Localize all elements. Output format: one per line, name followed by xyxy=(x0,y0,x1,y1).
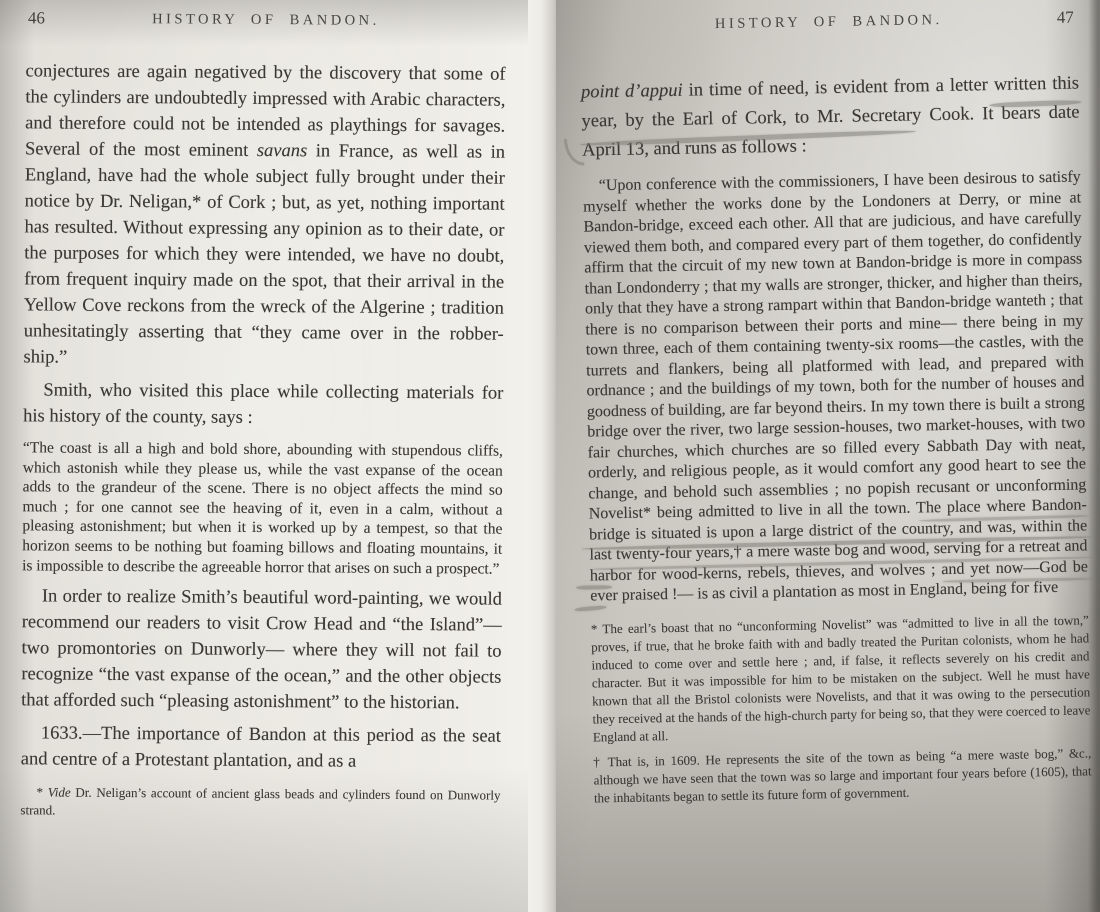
footnote-text: * Vide Dr. Neligan’s account of ancient … xyxy=(20,783,500,822)
italic-word: savans xyxy=(257,141,308,161)
paragraph: Smith, who visited this place while coll… xyxy=(23,377,503,432)
running-head-right: HISTORY OF BANDON. xyxy=(580,9,1078,35)
footnote-marker: * xyxy=(36,785,47,800)
footnote-dagger: † That is, in 1609. He represents the si… xyxy=(593,744,1092,807)
right-footnotes: * The earl’s boast that no “unconforming… xyxy=(591,611,1092,807)
left-header-row: 46 HISTORY OF BANDON. xyxy=(26,10,506,47)
left-page-content: 46 HISTORY OF BANDON. conjectures are ag… xyxy=(20,10,506,822)
blockquote-letter: “Upon conference with the commissioners,… xyxy=(583,167,1089,607)
blockquote-smith: “The coast is all a high and bold shore,… xyxy=(22,438,503,579)
left-page: 46 HISTORY OF BANDON. conjectures are ag… xyxy=(0,0,530,912)
left-body-text: conjectures are again negatived by the d… xyxy=(20,58,505,822)
paragraph-text: in France, as well as in England, have h… xyxy=(24,141,506,367)
page-edge-shadow xyxy=(1088,0,1100,912)
running-head-left: HISTORY OF BANDON. xyxy=(26,10,506,30)
paragraph-intro: point d’appui in time of need, is eviden… xyxy=(581,69,1081,165)
italic-word: Vide xyxy=(48,785,71,800)
book-spread: 46 HISTORY OF BANDON. conjectures are ag… xyxy=(0,0,1100,912)
footnote-left: * Vide Dr. Neligan’s account of ancient … xyxy=(20,783,500,822)
paragraph: 1633.—The importance of Bandon at this p… xyxy=(21,720,501,775)
paragraph: In order to realize Smith’s beautiful wo… xyxy=(21,583,502,716)
right-header-row: HISTORY OF BANDON. 47 xyxy=(580,9,1079,52)
page-number-right: 47 xyxy=(1057,8,1074,28)
right-page-content: HISTORY OF BANDON. 47 point d’appui in t… xyxy=(580,9,1092,806)
right-page: HISTORY OF BANDON. 47 point d’appui in t… xyxy=(556,0,1100,912)
footnote-text-rest: Dr. Neligan’s account of ancient glass b… xyxy=(20,785,500,818)
paragraph: conjectures are again negatived by the d… xyxy=(23,58,505,373)
footnote-asterisk: * The earl’s boast that no “unconforming… xyxy=(591,611,1091,746)
italic-phrase: point d’appui xyxy=(581,81,683,103)
